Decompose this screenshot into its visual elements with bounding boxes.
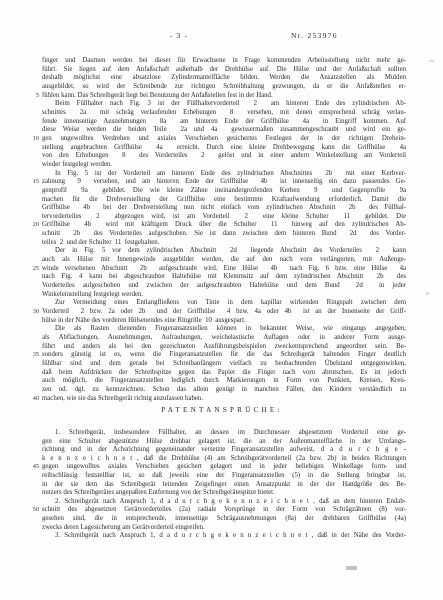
line-text: als Abflachungen, Ausnehmungen, Aufrauhu… [42, 334, 406, 343]
margin-line-number [26, 247, 42, 256]
margin-line-number: 45 [26, 463, 42, 472]
margin-line-number [26, 170, 42, 179]
text-line: Die als Rasten dienenden Fingeransatzste… [26, 325, 406, 334]
margin-line-number: 30 [26, 308, 42, 317]
text-line: führt. Sie liegen auf dem Anfaßschaft au… [26, 66, 406, 75]
line-text: teiles 2 und der Schulter 11 festgehalte… [42, 239, 406, 248]
text-line: Winkeleinstellung festgelegt werden. [26, 291, 406, 300]
scan-smudge [429, 60, 434, 62]
margin-line-number [26, 481, 42, 490]
line-text: richtung und in der Achsrichtung gegenei… [42, 446, 406, 455]
margin-line-number: 40 [26, 395, 42, 404]
text-line: nutzers des Schreibgerätes angepaßten En… [26, 489, 406, 498]
margin-line-number [26, 57, 42, 66]
body-text-block: finger und Daumen werden bei dieser für … [26, 57, 406, 403]
text-line: teiles 2 und der Schulter 11 festgehalte… [26, 239, 406, 248]
text-line: hülse in der Nähe des vorderen Hülsenend… [26, 317, 406, 326]
line-text: k e n n z e i c h n e t , daß die Drehhü… [42, 455, 406, 464]
text-line: k e n n z e i c h n e t , daß die Drehhü… [26, 455, 406, 464]
margin-line-number [26, 446, 42, 455]
text-line: wieder festgelegt werden. [26, 161, 406, 170]
text-line: 25winde versehenen Abschnitt 2b aufgesch… [26, 265, 406, 274]
text-line: 3. Schreibgerät nach Anspruch 1, d a d u… [26, 532, 406, 541]
text-line: 5fühlen kann. Das Schreibgerät liegt bei… [26, 92, 406, 101]
line-text: Vorderteil 2 bzw. 2a oder 2b und der Gri… [42, 308, 406, 317]
line-text: reibschlüssig feststellbar ist, so daß j… [42, 472, 406, 481]
margin-line-number [26, 524, 42, 533]
margin-line-number: 5 [26, 92, 42, 101]
margin-line-number [26, 429, 42, 438]
text-line: deshalb möglichst eine absatzlose Zylind… [26, 74, 406, 83]
line-text: in der sie dem das Schreibgerät leitende… [42, 481, 406, 490]
line-text: Beim Füllhalter nach Fig. 3 ist der Füll… [42, 100, 406, 109]
text-line: auch möglich, die Fingeransatzstellen le… [26, 377, 406, 386]
line-text: nutzers des Schreibgerätes angepaßten En… [42, 489, 406, 498]
text-line: reibschlüssig feststellbar ist, so daß j… [26, 472, 406, 481]
margin-line-number [26, 100, 42, 109]
text-line: auch als Hülse mit Innengewinde ausgebil… [26, 256, 406, 265]
margin-line-number [26, 325, 42, 334]
text-line: diese Weise werden die beiden Teile 2a u… [26, 126, 406, 135]
line-text: fühlbar sind und dem gerade bei Schreiba… [42, 360, 406, 369]
text-line: daß beim Aufdrücken der Schreibspitze ge… [26, 369, 406, 378]
margin-line-number [26, 83, 42, 92]
margin-line-number [26, 187, 42, 196]
line-text: gen ungewolltes Verdrehen und axiales Ve… [42, 135, 406, 144]
margin-line-number [26, 299, 42, 308]
scan-smudge [426, 292, 429, 295]
text-line: ausgebildet, so wird der Schreibende zur… [26, 83, 406, 92]
line-text: schnitt 2b des Vorderteiles aufgeschoben… [42, 230, 406, 239]
line-text: Die als Rasten dienenden Fingeransatzste… [42, 325, 406, 334]
line-text: machen, wie sie das Schreibgerät richtig… [42, 395, 406, 404]
line-text: fende innenseitige Ausnehmungen 8a am hi… [42, 118, 406, 127]
margin-line-number: 10 [26, 135, 42, 144]
margin-line-number [26, 360, 42, 369]
line-text: schnittes 2a mit schräg verlaufenden Erh… [42, 109, 406, 118]
text-line: als Abflachungen, Ausnehmungen, Aufrauhu… [26, 334, 406, 343]
margin-line-number [26, 369, 42, 378]
margin-line-number [26, 213, 42, 222]
line-text: genprofil 9a gebildet. Die wie kleine Zä… [42, 187, 406, 196]
text-line: In Fig. 5 ist der Vorderteil am hinteren… [26, 170, 406, 179]
text-line: 45gegen ungewolltes axiales Verschieben … [26, 463, 406, 472]
margin-line-number [26, 161, 42, 170]
margin-line-number [26, 126, 42, 135]
text-line: tervorderteiles 2 abgezogen wird, ist am… [26, 213, 406, 222]
line-text: gegen ungewolltes axiales Verschieben ge… [42, 463, 406, 472]
text-line: 20Griffhülse 4b wird mit kräftigem Druck… [26, 221, 406, 230]
margin-line-number [26, 144, 42, 153]
line-text: tervorderteiles 2 abgezogen wird, ist am… [42, 213, 406, 222]
line-text: zwecks deren Lagesicherung am Gerätvorde… [42, 524, 406, 533]
text-line: Zur Vermeidung eines Entlangfließens von… [26, 299, 406, 308]
text-line: in der sie dem das Schreibgerät leitende… [26, 481, 406, 490]
text-line: 10gen ungewolltes Verdrehen und axiales … [26, 135, 406, 144]
line-text: diese Weise werden die beiden Teile 2a u… [42, 126, 406, 135]
line-text: wieder festgelegt werden. [42, 161, 406, 170]
text-line: 1. Schreibgerät, insbesondere Füllhalter… [26, 429, 406, 438]
margin-line-number [26, 438, 42, 447]
line-text: In Fig. 5 ist der Vorderteil am hinteren… [42, 170, 406, 179]
patent-number: Nr. 253976 [291, 31, 338, 40]
line-text: 2. Schreibgerät nach Anspruch 1, d a d u… [42, 498, 406, 507]
margin-line-number [26, 291, 42, 300]
line-text: 1. Schreibgerät, insbesondere Füllhalter… [42, 429, 406, 438]
line-text: schnitt des abgesetzten Gerätvorderteile… [42, 506, 406, 515]
line-text: Vorderteiles aufgeschoben und zwischen d… [42, 282, 406, 291]
margin-line-number [26, 343, 42, 352]
text-line: nach Fig. 4 kann bei abgeschraubter Halt… [26, 273, 406, 282]
line-text: führt. Sie liegen auf dem Anfaßschaft au… [42, 66, 406, 75]
margin-line-number: 25 [26, 265, 42, 274]
line-text: Winkeleinstellung festgelegt werden. [42, 291, 406, 300]
text-line: fühlbar sind und dem gerade bei Schreiba… [26, 360, 406, 369]
margin-line-number [26, 152, 42, 161]
line-text: von den Erhebungen 8 des Vorderteiles 2 … [42, 152, 406, 161]
line-text: führt und anders als bei den gezeichnete… [42, 343, 406, 352]
text-line: 35sonders günstig ist es, wenn die Finge… [26, 351, 406, 360]
margin-line-number [26, 66, 42, 75]
text-line: machen für die Drehverstellung der Griff… [26, 196, 406, 205]
text-line: zen od. dgl. zu kennzeichnen. Schon das … [26, 386, 406, 395]
margin-line-number [26, 230, 42, 239]
text-line: finger und Daumen werden bei dieser für … [26, 57, 406, 66]
line-text: daß beim Aufdrücken der Schreibspitze ge… [42, 369, 406, 378]
line-text: zen od. dgl. zu kennzeichnen. Schon das … [42, 386, 406, 395]
margin-line-number [26, 273, 42, 282]
text-line: zwecks deren Lagesicherung am Gerätvorde… [26, 524, 406, 533]
text-line: Griffhülse 4b bei der Drehverstellung nu… [26, 204, 406, 213]
margin-line-number: 15 [26, 178, 42, 187]
line-text: gen eine Schulter abgestützte Hülse dreh… [42, 438, 406, 447]
text-line: 2. Schreibgerät nach Anspruch 1, d a d u… [26, 498, 406, 507]
margin-line-number [26, 498, 42, 507]
margin-line-number [26, 74, 42, 83]
text-line: schnitt 2b des Vorderteiles aufgeschoben… [26, 230, 406, 239]
line-text: winde versehenen Abschnitt 2b aufgeschra… [42, 265, 406, 274]
line-text: finger und Daumen werden bei dieser für … [42, 57, 406, 66]
line-text: hülse in der Nähe des vorderen Hülsenend… [42, 317, 406, 326]
text-line: richtung und in der Achsrichtung gegenei… [26, 446, 406, 455]
line-text: 3. Schreibgerät nach Anspruch 1, d a d u… [42, 532, 406, 541]
margin-line-number [26, 334, 42, 343]
text-line: führt und anders als bei den gezeichnete… [26, 343, 406, 352]
margin-line-number [26, 109, 42, 118]
margin-line-number [26, 118, 42, 127]
text-line: von den Erhebungen 8 des Vorderteiles 2 … [26, 152, 406, 161]
margin-line-number [26, 532, 42, 541]
text-line: gesehen sind, die in entsprechende, inne… [26, 515, 406, 524]
line-text: stellung angebrachten Griffhülse 4a erre… [42, 144, 406, 153]
margin-line-number: 50 [26, 506, 42, 515]
scan-smudge [346, 566, 357, 570]
text-line: stellung angebrachten Griffhülse 4a erre… [26, 144, 406, 153]
line-text: nach Fig. 4 kann bei abgeschraubter Halt… [42, 273, 406, 282]
text-line: schnittes 2a mit schräg verlaufenden Erh… [26, 109, 406, 118]
text-line: 40machen, wie sie das Schreibgerät richt… [26, 395, 406, 404]
margin-line-number [26, 196, 42, 205]
margin-line-number [26, 377, 42, 386]
margin-line-number [26, 489, 42, 498]
margin-line-number: 20 [26, 221, 42, 230]
text-line: 15zahnung 9 versehen, und am hinteren En… [26, 178, 406, 187]
margin-line-number [26, 282, 42, 291]
line-text: fühlen kann. Das Schreibgerät liegt bei … [42, 92, 406, 101]
text-line: Beim Füllhalter nach Fig. 3 ist der Füll… [26, 100, 406, 109]
text-line: gen eine Schulter abgestützte Hülse dreh… [26, 438, 406, 447]
line-text: Griffhülse 4b bei der Drehverstellung nu… [42, 204, 406, 213]
page-number: - 3 - [156, 31, 202, 40]
margin-line-number [26, 515, 42, 524]
line-text: auch als Hülse mit Innengewinde ausgebil… [42, 256, 406, 265]
text-line: genprofil 9a gebildet. Die wie kleine Zä… [26, 187, 406, 196]
margin-line-number [26, 256, 42, 265]
text-line: 30Vorderteil 2 bzw. 2a oder 2b und der G… [26, 308, 406, 317]
text-line: fende innenseitige Ausnehmungen 8a am hi… [26, 118, 406, 127]
margin-line-number [26, 386, 42, 395]
margin-line-number [26, 455, 42, 464]
line-text: deshalb möglichst eine absatzlose Zylind… [42, 74, 406, 83]
line-text: zahnung 9 versehen, und am hinteren Ende… [42, 178, 406, 187]
line-text: Griffhülse 4b wird mit kräftigem Druck ü… [42, 221, 406, 230]
margin-line-number [26, 472, 42, 481]
patent-document-page: - 3 - Nr. 253976 finger und Daumen werde… [0, 0, 443, 600]
text-line: 50schnitt des abgesetzten Gerätvordertei… [26, 506, 406, 515]
margin-line-number [26, 204, 42, 213]
line-text: auch möglich, die Fingeransatzstellen le… [42, 377, 406, 386]
margin-line-number: 35 [26, 351, 42, 360]
text-line: Der in Fig. 5 vor dem zylindrischen Absc… [26, 247, 406, 256]
line-text: sonders günstig ist es, wenn die Fingera… [42, 351, 406, 360]
line-text: machen für die Drehverstellung der Griff… [42, 196, 406, 205]
line-text: Zur Vermeidung eines Entlangfließens von… [42, 299, 406, 308]
patent-claims-heading: PATENTANSPRÜCHE: [42, 406, 402, 414]
line-text: Der in Fig. 5 vor dem zylindrischen Absc… [42, 247, 406, 256]
margin-line-number [26, 317, 42, 326]
text-line: Vorderteiles aufgeschoben und zwischen d… [26, 282, 406, 291]
line-text: ausgebildet, so wird der Schreibende zur… [42, 83, 406, 92]
margin-line-number [26, 239, 42, 248]
claims-text-block: 1. Schreibgerät, insbesondere Füllhalter… [26, 429, 406, 541]
line-text: gesehen sind, die in entsprechende, inne… [42, 515, 406, 524]
